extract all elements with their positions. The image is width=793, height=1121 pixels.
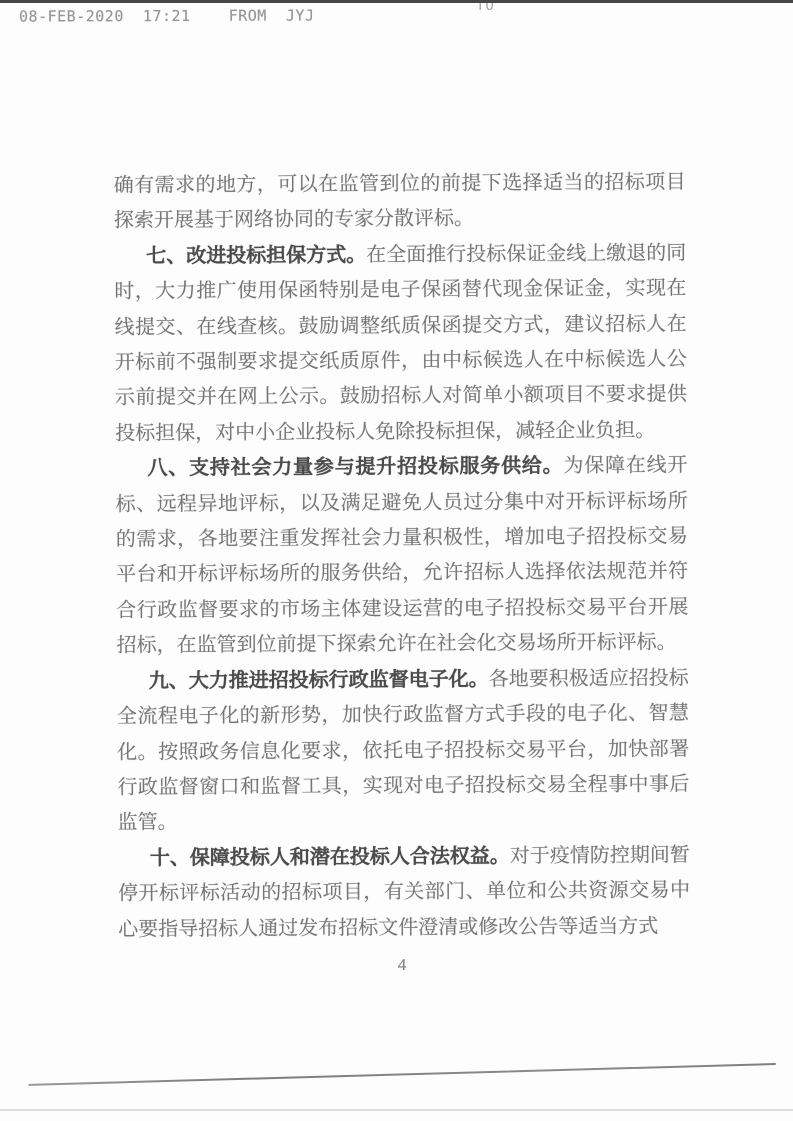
paragraph-section-7: 七、改进投标担保方式。在全面推行投标保证金线上缴退的同时，大力推广使用保函特别是…	[114, 236, 687, 452]
scan-bottom-edge-artifact	[0, 1109, 793, 1111]
page-number: 4	[116, 955, 688, 975]
scan-top-edge-artifact	[0, 0, 793, 3]
paragraph-section-10: 十、保障投标人和潜在投标人合法权益。对于疫情防控期间暂停开标评标活动的招标项目，…	[118, 838, 691, 948]
paragraph-text: 为保障在线开标、远程异地评标，以及满足避免人员过分集中对开标评标场所的需求，各地…	[116, 455, 689, 658]
scanned-fax-page: { "fax_header": { "left": "08-FEB-2020 1…	[0, 0, 793, 1121]
section-heading: 九、大力推进招投标行政监督电子化。	[149, 668, 489, 692]
section-heading: 八、支持社会力量参与提升招投标服务供给。	[147, 455, 563, 480]
fax-to-label-text: TO	[476, 3, 495, 14]
section-heading: 七、改进投标担保方式。	[146, 244, 366, 267]
paragraph-text: 在全面推行投标保证金线上缴退的同时，大力推广使用保函特别是电子保函替代现金保证金…	[114, 242, 687, 445]
paragraph-continuation: 确有需求的地方，可以在监管到位的前提下选择适当的招标项目探索开展基于网络协同的专…	[114, 165, 686, 239]
section-heading: 十、保障投标人和潜在投标人合法权益。	[150, 845, 510, 869]
document-text-block: 确有需求的地方，可以在监管到位的前提下选择适当的招标项目探索开展基于网络协同的专…	[114, 165, 691, 947]
paragraph-section-8: 八、支持社会力量参与提升招投标服务供给。为保障在线开标、远程异地评标，以及满足避…	[115, 449, 688, 665]
fax-to-label: TO	[476, 3, 495, 14]
scan-pencil-line-artifact	[28, 1063, 776, 1086]
fax-timestamp-header: 08-FEB-2020 17:21 FROM JYJ	[19, 6, 315, 25]
paragraph-text: 确有需求的地方，可以在监管到位的前提下选择适当的招标项目探索开展基于网络协同的专…	[114, 171, 686, 232]
paragraph-section-9: 九、大力推进招投标行政监督电子化。各地要积极适应招投标全流程电子化的新形势，加快…	[117, 661, 690, 842]
